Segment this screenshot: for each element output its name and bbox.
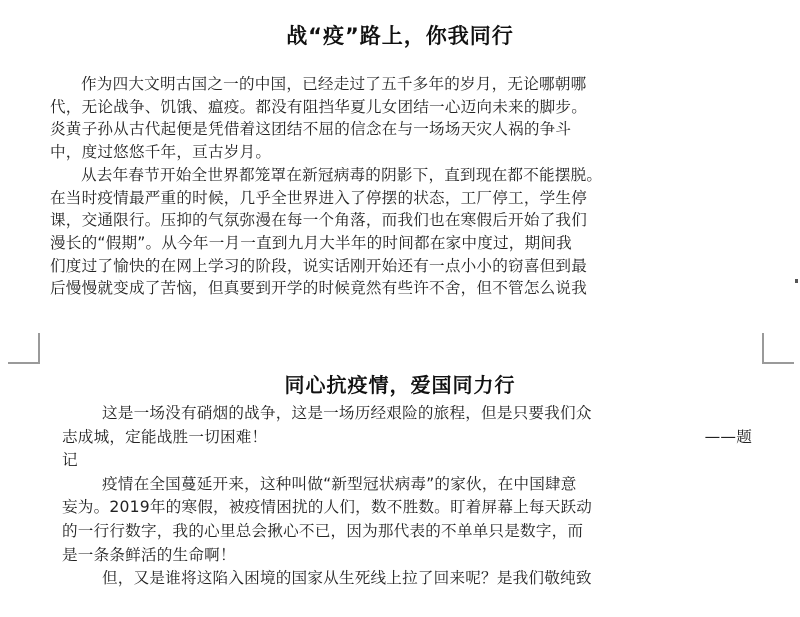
text-line: 炎黄子孙从古代起便是凭借着这团结不屈的信念在与一场场天灾人祸的争斗 — [50, 118, 750, 141]
text-line: 志成城，定能战胜一切困难！ ——题 — [62, 426, 752, 450]
text-line: 在当时疫情最严重的时候，几乎全世界进入了停摆的状态，工厂停工，学生停 — [50, 187, 750, 210]
document-page-2: 同心抗疫情，爱国同力行 这是一场没有硝烟的战争，这是一场历经艰险的旅程，但是只要… — [0, 300, 800, 617]
essay-body[interactable]: 作为四大文明古国之一的中国，已经走过了五千多年的岁月，无论哪朝哪 代，无论战争、… — [50, 73, 750, 298]
margin-corner-mark-right — [762, 333, 794, 364]
text-line: 记 — [62, 449, 752, 473]
text-line: 疫情在全国蔓延开来，这种叫做“新型冠状病毒”的家伙，在中国肆意 — [62, 473, 752, 497]
stray-mark — [795, 279, 798, 283]
text-line: 这是一场没有硝烟的战争，这是一场历经艰险的旅程，但是只要我们众 — [62, 402, 752, 426]
text-line: 是一条条鲜活的生命啊！ — [62, 544, 752, 568]
page-title: 战“疫”路上，你我同行 — [0, 20, 800, 50]
text-segment: 志成城，定能战胜一切困难！ — [62, 426, 267, 450]
signature: ——题 — [705, 426, 752, 450]
text-line: 代，无论战争、饥饿、瘟疫。都没有阻挡华夏儿女团结一心迈向未来的脚步。 — [50, 96, 750, 119]
text-line: 后慢慢就变成了苦恼，但真要到开学的时候竟然有些许不舍，但不管怎么说我 — [50, 277, 750, 298]
text-line: 作为四大文明古国之一的中国，已经走过了五千多年的岁月，无论哪朝哪 — [50, 73, 750, 96]
page-title: 同心抗疫情，爱国同力行 — [0, 369, 800, 398]
essay-body[interactable]: 这是一场没有硝烟的战争，这是一场历经艰险的旅程，但是只要我们众 志成城，定能战胜… — [62, 402, 752, 591]
text-line: 妄为。2019年的寒假，被疫情困扰的人们，数不胜数。盯着屏幕上每天跃动 — [62, 496, 752, 520]
text-line: 漫长的“假期”。从今年一月一直到九月大半年的时间都在家中度过，期间我 — [50, 232, 750, 255]
margin-corner-mark-left — [8, 333, 40, 364]
text-line: 从去年春节开始全世界都笼罩在新冠病毒的阴影下，直到现在都不能摆脱。 — [50, 164, 750, 187]
text-line: 但，又是谁将这陷入困境的国家从生死线上拉了回来呢？是我们敬纯致 — [62, 567, 752, 591]
text-line: 们度过了愉快的在网上学习的阶段，说实话刚开始还有一点小小的窃喜但到最 — [50, 255, 750, 278]
text-line: 课，交通限行。压抑的气氛弥漫在每一个角落，而我们也在寒假后开始了我们 — [50, 209, 750, 232]
text-line: 中，度过悠悠千年，亘古岁月。 — [50, 141, 750, 164]
text-line: 的一行行数字，我的心里总会揪心不已，因为那代表的不单单只是数字，而 — [62, 520, 752, 544]
document-page-1: 战“疫”路上，你我同行 作为四大文明古国之一的中国，已经走过了五千多年的岁月，无… — [0, 0, 800, 298]
